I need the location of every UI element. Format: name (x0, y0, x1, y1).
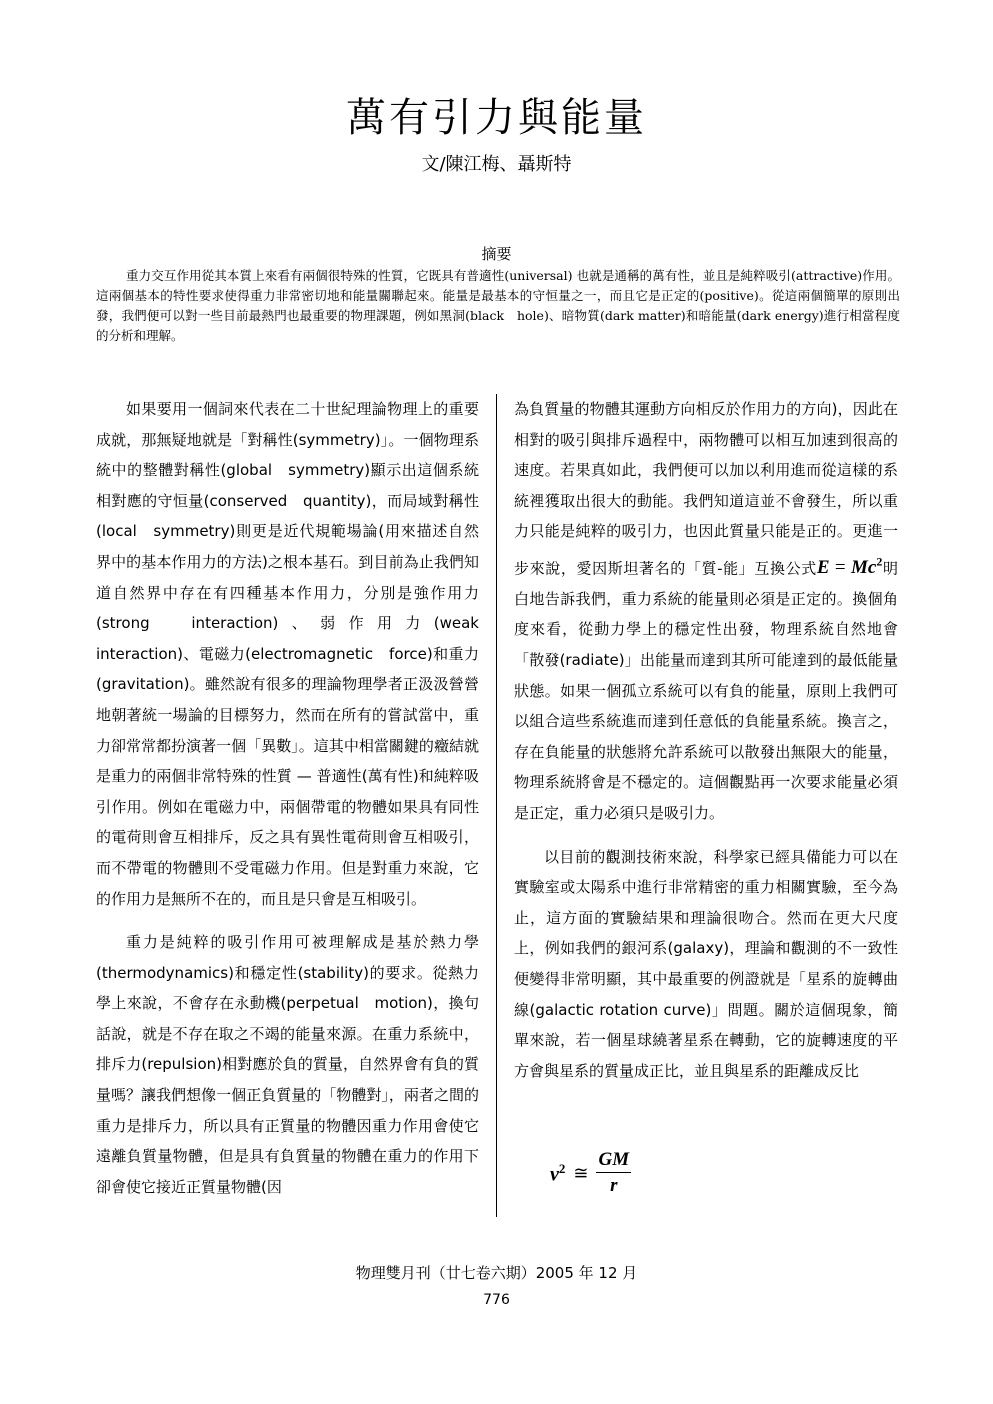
right-paragraph-1-text-a: 為負質量的物體其運動方向相反於作用力的方向)，因此在相對的吸引與排斥過程中，兩物… (514, 400, 898, 577)
left-paragraph-2: 重力是純粹的吸引作用可被理解成是基於熱力學(thermodynamics)和穩定… (96, 927, 479, 1202)
left-paragraph-1: 如果要用一個詞來代表在二十世紀理論物理上的重要成就，那無疑地就是「對稱性(sym… (96, 394, 479, 914)
page-number: 776 (0, 1290, 993, 1310)
right-paragraph-1-text-b: 明白地告訴我們，重力系統的能量則必須是正定的。換個角度來看，從動力學上的穩定性出… (514, 559, 898, 822)
right-paragraph-2: 以目前的觀測技術來說，科學家已經具備能力可以在實驗室或太陽系中進行非常精密的重力… (514, 842, 898, 1087)
left-column: 如果要用一個詞來代表在二十世紀理論物理上的重要成就，那無疑地就是「對稱性(sym… (96, 394, 479, 1202)
eq-rhs: Mc (851, 557, 876, 578)
formula-numerator: GM (596, 1148, 631, 1173)
formula-fraction: GM r (596, 1148, 631, 1199)
display-equation-rotation-curve: v2 ≅ GM r (550, 1148, 631, 1199)
right-paragraph-1: 為負質量的物體其運動方向相反於作用力的方向)，因此在相對的吸引與排斥過程中，兩物… (514, 394, 898, 829)
journal-footer: 物理雙月刊（廿七卷六期）2005 年 12 月 (0, 1262, 993, 1284)
eq-lhs: E (817, 557, 830, 578)
formula-exponent: 2 (559, 1161, 566, 1176)
article-authors: 文/陳江梅、聶斯特 (0, 152, 993, 178)
approx-equal-symbol: ≅ (573, 1163, 588, 1184)
right-column: 為負質量的物體其運動方向相反於作用力的方向)，因此在相對的吸引與排斥過程中，兩物… (514, 394, 898, 1086)
formula-lhs: v2 (550, 1161, 565, 1187)
abstract-heading: 摘要 (0, 244, 993, 264)
formula-v: v (550, 1163, 559, 1185)
abstract-text: 重力交互作用從其本質上來看有兩個很特殊的性質，它既具有普適性(universal… (96, 266, 900, 346)
inline-equation-mass-energy: E = Mc2 (817, 557, 882, 578)
column-divider (496, 394, 497, 1217)
article-title: 萬有引力與能量 (0, 92, 993, 144)
eq-equals: = (830, 557, 851, 578)
formula-denominator: r (610, 1173, 617, 1199)
